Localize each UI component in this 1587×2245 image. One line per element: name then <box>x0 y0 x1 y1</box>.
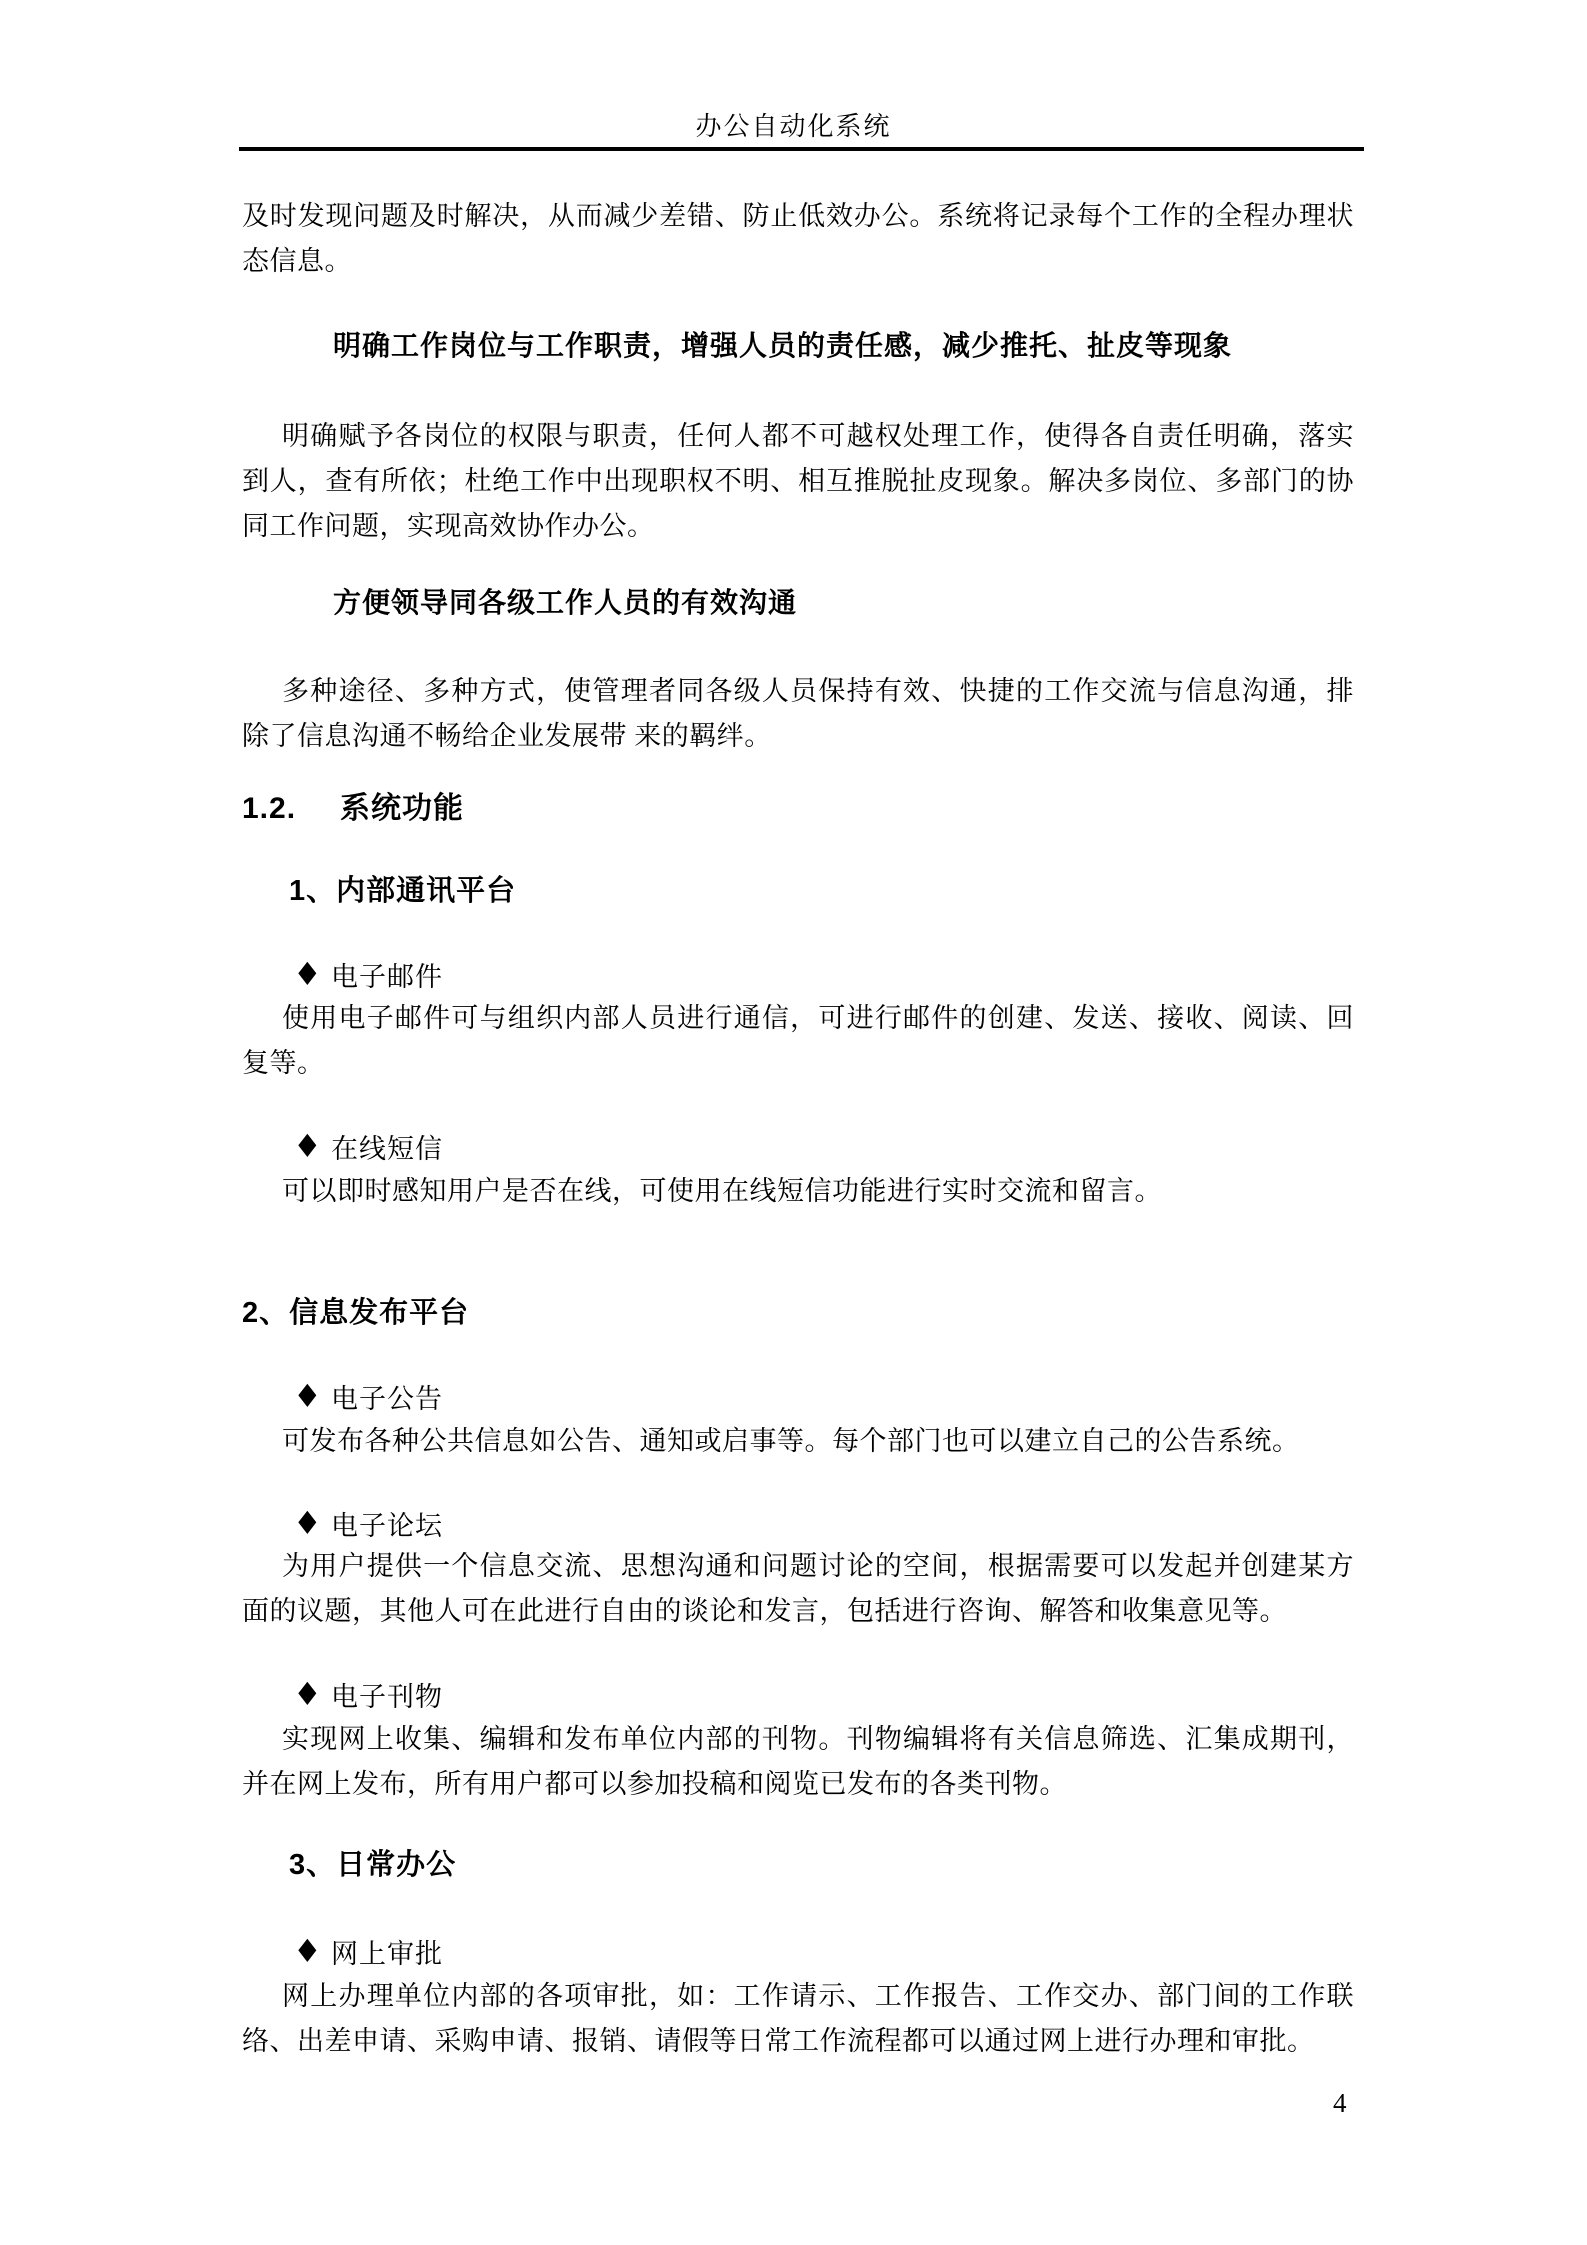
feature-name: 电子论坛 <box>331 1504 443 1543</box>
section-title: 系统功能 <box>340 792 464 825</box>
platform-heading-3: 3、日常办公 <box>289 1843 456 1888</box>
feature-description: 实现网上收集、编辑和发布单位内部的刊物。刊物编辑将有关信息筛选、汇集成期刊，并在… <box>242 1717 1354 1807</box>
platform-heading-2: 2、信息发布平台 <box>242 1291 469 1336</box>
diamond-bullet-icon: ♦ <box>293 1124 331 1169</box>
diamond-bullet-icon: ♦ <box>293 1929 331 1974</box>
benefit-paragraph-2: 多种途径、多种方式，使管理者同各级人员保持有效、快捷的工作交流与信息沟通，排除了… <box>242 669 1354 759</box>
feature-item-bulletin: ♦电子公告 <box>293 1374 443 1419</box>
feature-name: 在线短信 <box>331 1127 443 1166</box>
feature-item-publication: ♦电子刊物 <box>293 1672 443 1717</box>
page-number: 4 <box>1333 2081 1347 2126</box>
section-number: 1.2. <box>242 786 340 831</box>
section-heading-1-2: 1.2.系统功能 <box>242 786 464 831</box>
page-header-title: 办公自动化系统 <box>0 104 1587 149</box>
benefit-heading-2: 方便领导同各级工作人员的有效沟通 <box>333 580 797 625</box>
feature-item-online-sms: ♦在线短信 <box>293 1124 443 1169</box>
platform-heading-1: 1、内部通讯平台 <box>289 869 516 914</box>
feature-description: 使用电子邮件可与组织内部人员进行通信，可进行邮件的创建、发送、接收、阅读、回复等… <box>242 996 1354 1086</box>
feature-item-email: ♦电子邮件 <box>293 952 443 997</box>
feature-item-online-approval: ♦网上审批 <box>293 1929 443 1974</box>
diamond-bullet-icon: ♦ <box>293 952 331 997</box>
document-page: 办公自动化系统 及时发现问题及时解决，从而减少差错、防止低效办公。系统将记录每个… <box>0 0 1587 2245</box>
feature-name: 电子邮件 <box>331 955 443 994</box>
feature-description: 可发布各种公共信息如公告、通知或启事等。每个部门也可以建立自己的公告系统。 <box>242 1419 1354 1464</box>
diamond-bullet-icon: ♦ <box>293 1672 331 1717</box>
feature-name: 电子公告 <box>331 1377 443 1416</box>
feature-description: 可以即时感知用户是否在线，可使用在线短信功能进行实时交流和留言。 <box>242 1169 1354 1214</box>
feature-name: 网上审批 <box>331 1932 443 1971</box>
intro-paragraph: 及时发现问题及时解决，从而减少差错、防止低效办公。系统将记录每个工作的全程办理状… <box>242 194 1354 284</box>
feature-item-forum: ♦电子论坛 <box>293 1501 443 1546</box>
feature-description: 网上办理单位内部的各项审批，如：工作请示、工作报告、工作交办、部门间的工作联络、… <box>242 1974 1354 2064</box>
header-rule <box>239 147 1364 151</box>
feature-name: 电子刊物 <box>331 1675 443 1714</box>
diamond-bullet-icon: ♦ <box>293 1374 331 1419</box>
benefit-heading-1: 明确工作岗位与工作职责，增强人员的责任感，减少推托、扯皮等现象 <box>333 323 1232 368</box>
feature-description: 为用户提供一个信息交流、思想沟通和问题讨论的空间，根据需要可以发起并创建某方面的… <box>242 1544 1354 1634</box>
diamond-bullet-icon: ♦ <box>293 1501 331 1546</box>
benefit-paragraph-1: 明确赋予各岗位的权限与职责，任何人都不可越权处理工作，使得各自责任明确，落实到人… <box>242 414 1354 549</box>
